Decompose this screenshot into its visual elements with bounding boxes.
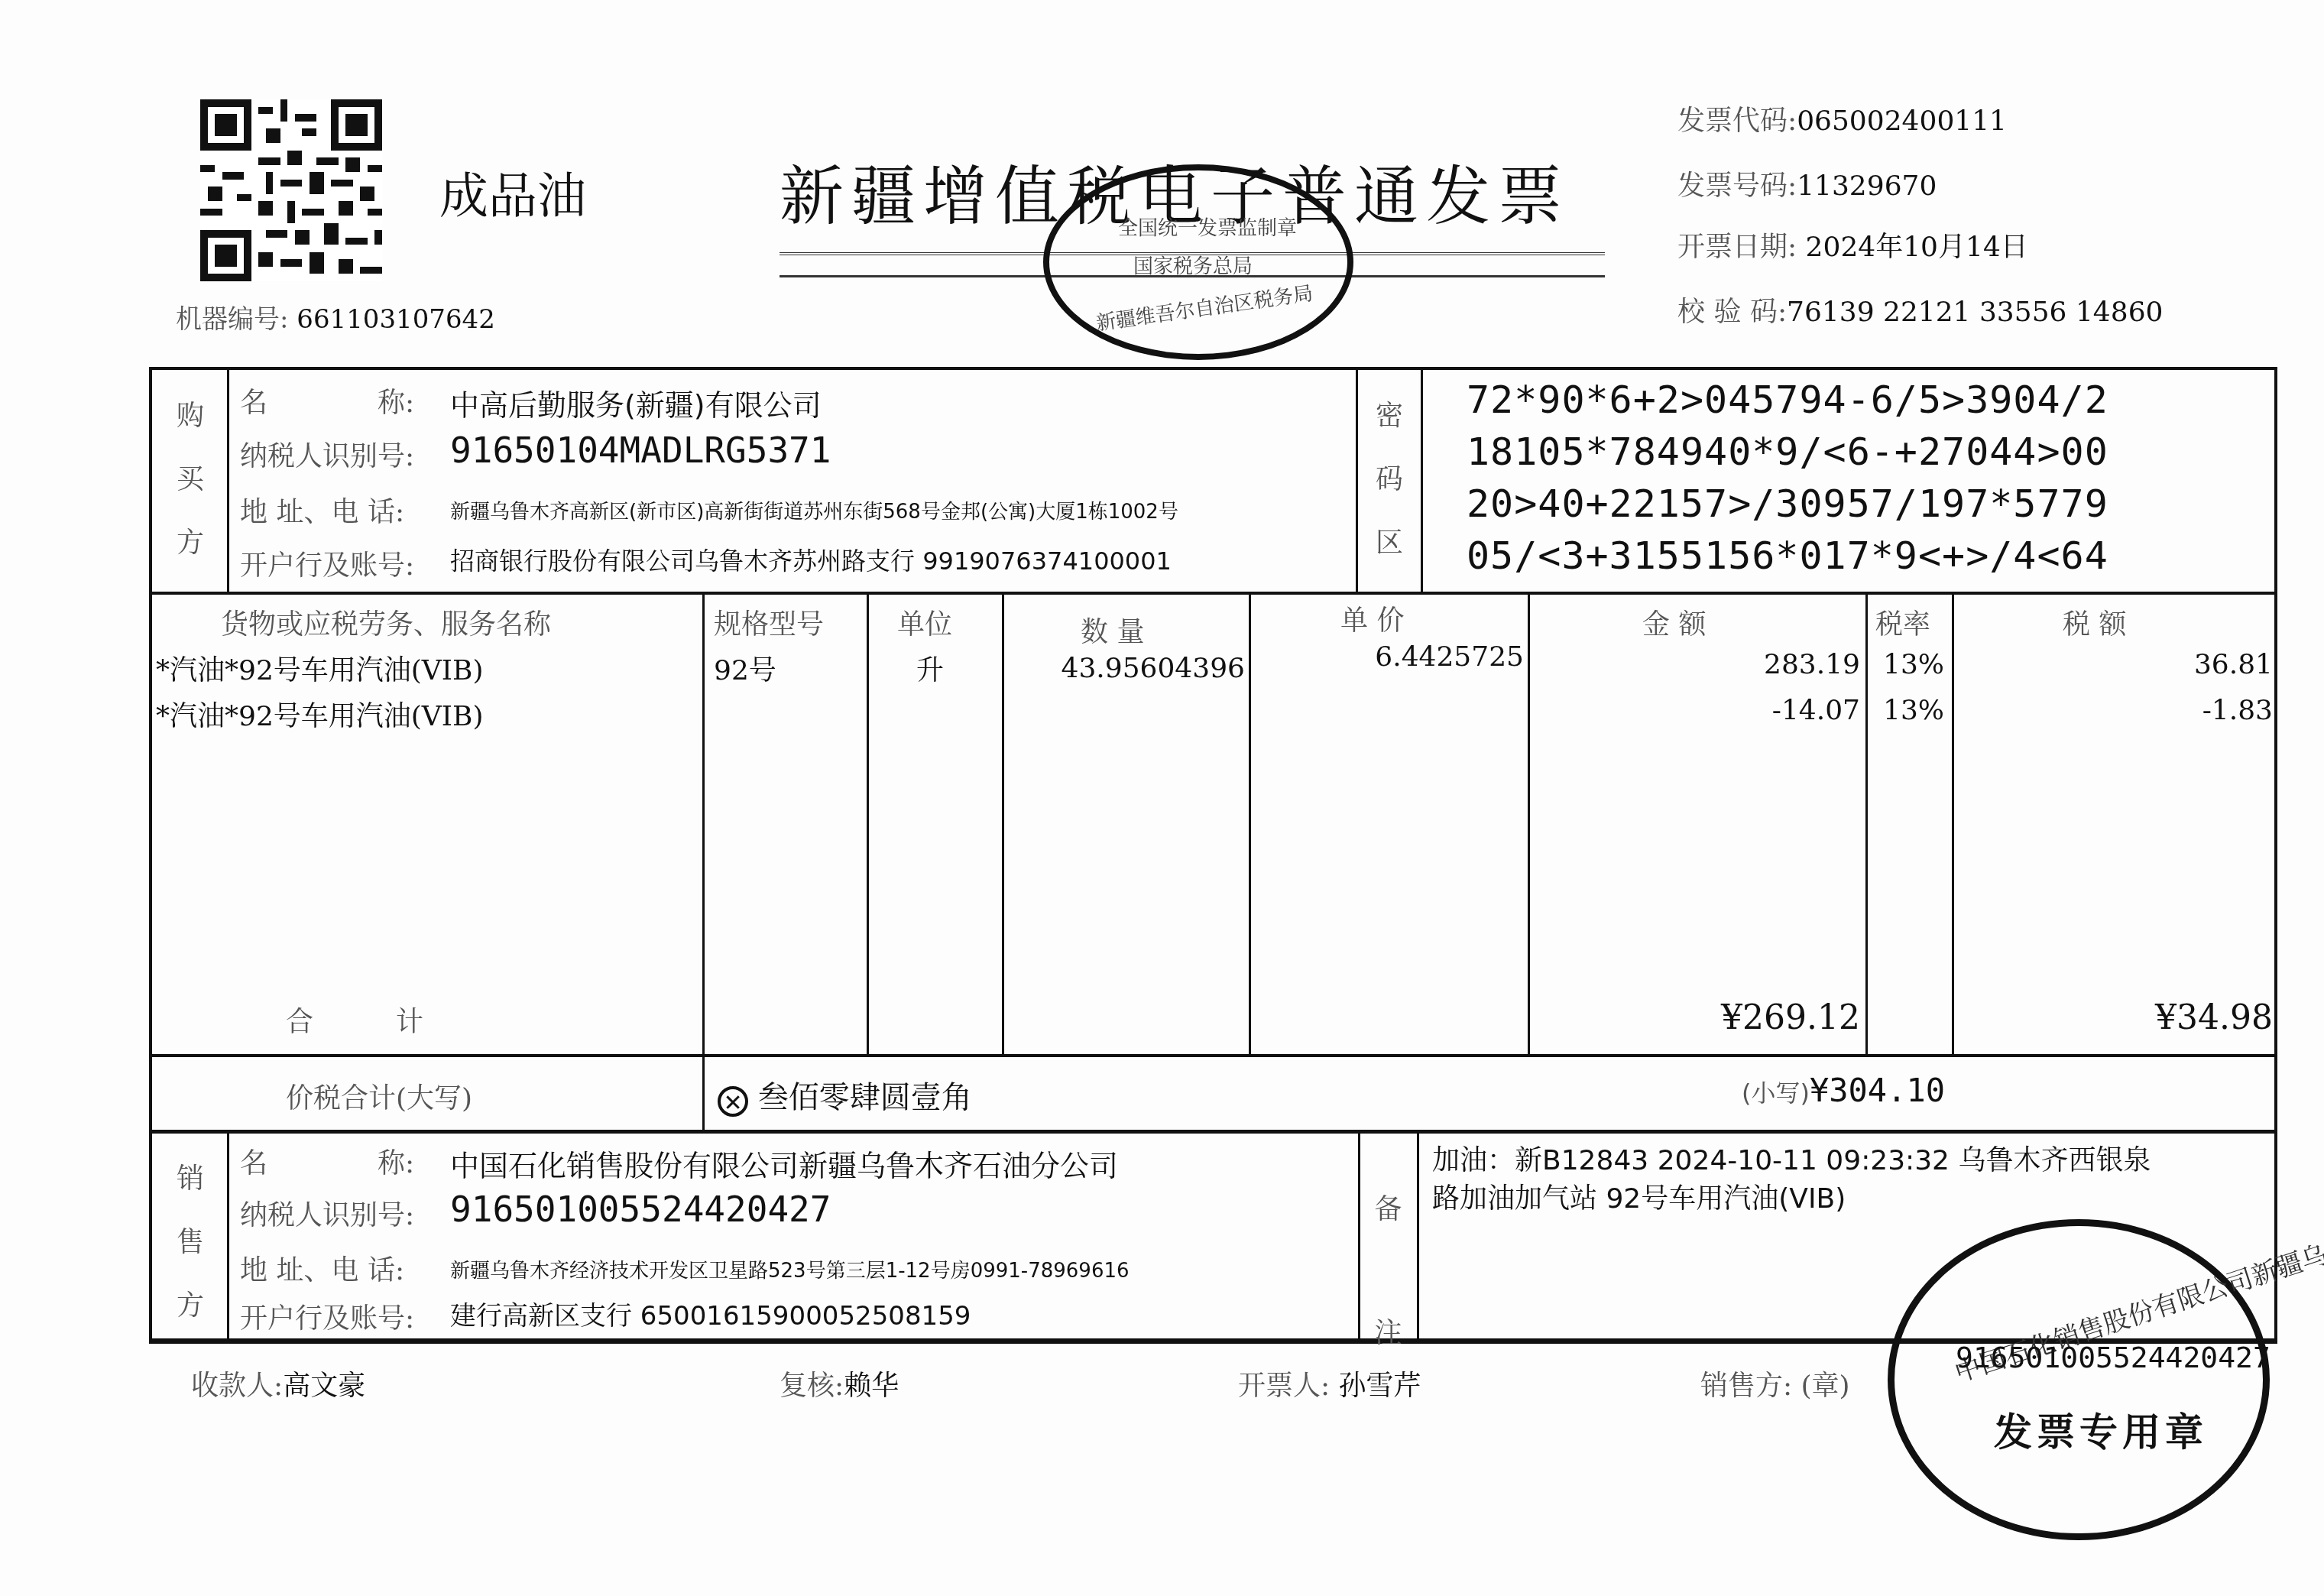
divider: [1421, 370, 1423, 592]
item-name: *汽油*92号车用汽油(VIB): [156, 649, 484, 688]
item-quantity: 43.95604396: [1004, 653, 1245, 684]
grand-total-label: 价税合计(大写): [286, 1077, 472, 1116]
issue-date: 开票日期: 2024年10月14日: [1677, 225, 2028, 264]
divider: [152, 1054, 2274, 1057]
seller-bank: 建行高新区支行 65001615900052508159: [450, 1295, 971, 1332]
buyer-name: 中高后勤服务(新疆)有限公司: [450, 381, 822, 423]
header-price: 单 价: [1340, 599, 1404, 638]
seal-purpose: 发票专用章: [1994, 1402, 2208, 1457]
item-tax: -1.83: [1956, 695, 2273, 726]
issuer: 开票人: 孙雪芹: [1238, 1364, 1421, 1403]
seller-invoice-seal: 中国石化销售股份有限公司新疆乌鲁木齐石油分公司 9165010055244204…: [1888, 1219, 2270, 1540]
buyer-address: 新疆乌鲁木齐高新区(新市区)高新街街道苏州东街568号金邦(公寓)大厦1栋100…: [450, 496, 1178, 524]
issuer-value: 孙雪芹: [1339, 1371, 1421, 1402]
side-char: 区: [1358, 512, 1421, 576]
header-tax-rate: 税率: [1875, 603, 1930, 642]
total-label: 合 计: [286, 1001, 423, 1040]
total-amount: ¥269.12: [1532, 998, 1860, 1037]
seller-address: 新疆乌鲁木齐经济技术开发区卫星路523号第三层1-12号房0991-789696…: [450, 1255, 1130, 1283]
cipher-line: 05/<3+3155156*017*9<+>/4<64: [1467, 534, 2108, 578]
buyer-bank: 招商银行股份有限公司乌鲁木齐苏州路支行 9919076374100001: [450, 542, 1172, 577]
payee: 收款人:高文豪: [191, 1364, 365, 1403]
cipher-line: 20>40+22157>/30957/197*5779: [1467, 482, 2108, 526]
side-char: 密: [1358, 385, 1421, 449]
check-code-label: 校 验 码:: [1677, 297, 1787, 328]
item-name: *汽油*92号车用汽油(VIB): [156, 695, 484, 734]
seller-bank-label: 开户行及账号:: [240, 1297, 414, 1336]
header-amount: 金 额: [1642, 603, 1706, 642]
lowercase-label: (小写): [1742, 1079, 1810, 1108]
cipher-line: 72*90*6+2>045794-6/5>3904/2: [1467, 378, 2108, 422]
reviewer: 复核:赖华: [780, 1364, 899, 1403]
tax-bureau-seal: 全国统一发票监制章 国家税务总局 新疆维吾尔自治区税务局: [1043, 164, 1353, 360]
payee-value: 高文豪: [283, 1371, 365, 1402]
reviewer-label: 复核:: [780, 1371, 844, 1402]
side-char: 购: [152, 385, 229, 449]
item-tax: 36.81: [1956, 649, 2273, 680]
item-tax-rate: 13%: [1883, 649, 1944, 680]
buyer-address-label: 地 址、电 话:: [240, 491, 404, 530]
side-char: 买: [152, 449, 229, 512]
buyer-name-label: 名 称:: [240, 381, 414, 420]
grand-total-lowercase: (小写)¥304.10: [1742, 1072, 1945, 1109]
item-price: 6.4425725: [1253, 641, 1524, 673]
total-tax: ¥34.98: [1956, 998, 2273, 1037]
buyer-tax-id: 91650104MADLRG5371: [450, 430, 831, 471]
qr-code: [200, 99, 382, 281]
invoice-number-value: 11329670: [1797, 170, 1937, 202]
item-amount: 283.19: [1532, 649, 1860, 680]
side-char: 方: [152, 1275, 229, 1338]
seal-text: 新疆维吾尔自治区税务局: [1094, 277, 1314, 336]
invoice-number-label: 发票号码:: [1677, 170, 1797, 202]
item-spec: 92号: [714, 649, 776, 688]
invoice-number: 发票号码:11329670: [1677, 164, 1937, 203]
grand-total-uppercase: ✕ 叁佰零肆圆壹角: [718, 1073, 972, 1117]
invoice-code-value: 065002400111: [1797, 105, 2007, 137]
payee-label: 收款人:: [191, 1371, 283, 1402]
side-char: 码: [1358, 449, 1421, 512]
seal-tax-id: 916501005524420427: [1956, 1341, 2271, 1374]
divider: [1528, 592, 1530, 1054]
remarks-line: 加油：新B12843 2024-10-11 09:23:32 乌鲁木齐西银泉: [1432, 1139, 2151, 1178]
seller-stamp-label: 销售方: (章): [1700, 1364, 1850, 1403]
seller-tax-id-label: 纳税人识别号:: [240, 1194, 414, 1233]
header-item-name: 货物或应税劳务、服务名称: [221, 603, 551, 642]
remarks-line: 路加油加气站 92号车用汽油(VIB): [1432, 1177, 1846, 1216]
header-quantity: 数 量: [1081, 611, 1144, 650]
header-unit: 单位: [897, 603, 952, 642]
divider: [867, 592, 869, 1054]
machine-number: 机器编号: 661103107642: [176, 298, 495, 336]
seller-tax-id: 916501005524420427: [450, 1189, 831, 1230]
seller-name: 中国石化销售股份有限公司新疆乌鲁木齐石油分公司: [450, 1142, 1118, 1184]
cipher-line: 18105*784940*9/<6-+27044>00: [1467, 430, 2108, 474]
lowercase-amount: ¥304.10: [1810, 1072, 1945, 1109]
seal-text: 国家税务总局: [1133, 251, 1253, 279]
divider: [1417, 1133, 1419, 1341]
item-tax-rate: 13%: [1883, 695, 1944, 726]
remarks-side-label: 备 注: [1360, 1148, 1417, 1396]
uppercase-amount: 叁佰零肆圆壹角: [758, 1080, 972, 1115]
header-tax: 税 额: [2063, 603, 2126, 642]
side-char: 方: [152, 512, 229, 576]
invoice-code: 发票代码:065002400111: [1677, 99, 2007, 138]
seller-side-label: 销 售 方: [152, 1148, 229, 1338]
machine-number-value: 661103107642: [297, 304, 495, 335]
seal-text: 全国统一发票监制章: [1118, 212, 1297, 241]
item-unit: 升: [916, 649, 944, 688]
reviewer-value: 赖华: [844, 1371, 899, 1402]
issuer-label: 开票人:: [1238, 1371, 1330, 1402]
check-code-value: 76139 22121 33556 14860: [1787, 297, 2163, 328]
divider: [1249, 592, 1251, 1054]
buyer-side-label: 购 买 方: [152, 385, 229, 575]
machine-number-label: 机器编号:: [176, 304, 288, 335]
header-spec: 规格型号: [714, 603, 824, 642]
check-code: 校 验 码:76139 22121 33556 14860: [1677, 290, 2163, 329]
buyer-bank-label: 开户行及账号:: [240, 544, 414, 583]
buyer-tax-id-label: 纳税人识别号:: [240, 435, 414, 474]
invoice-category: 成品油: [439, 157, 586, 227]
issue-date-value: 2024年10月14日: [1806, 232, 2028, 263]
cipher-side-label: 密 码 区: [1358, 385, 1421, 575]
side-char: 销: [152, 1148, 229, 1212]
divider: [702, 592, 705, 1130]
seller-address-label: 地 址、电 话:: [240, 1249, 404, 1288]
seller-name-label: 名 称:: [240, 1142, 414, 1181]
divider: [1865, 592, 1868, 1054]
invoice-code-label: 发票代码:: [1677, 105, 1797, 137]
side-char: 售: [152, 1212, 229, 1275]
circled-x-icon: ✕: [718, 1086, 748, 1117]
item-amount: -14.07: [1532, 695, 1860, 726]
divider: [1952, 592, 1954, 1054]
divider: [152, 592, 2274, 595]
side-char: 备: [1360, 1148, 1417, 1272]
issue-date-label: 开票日期:: [1677, 232, 1797, 263]
